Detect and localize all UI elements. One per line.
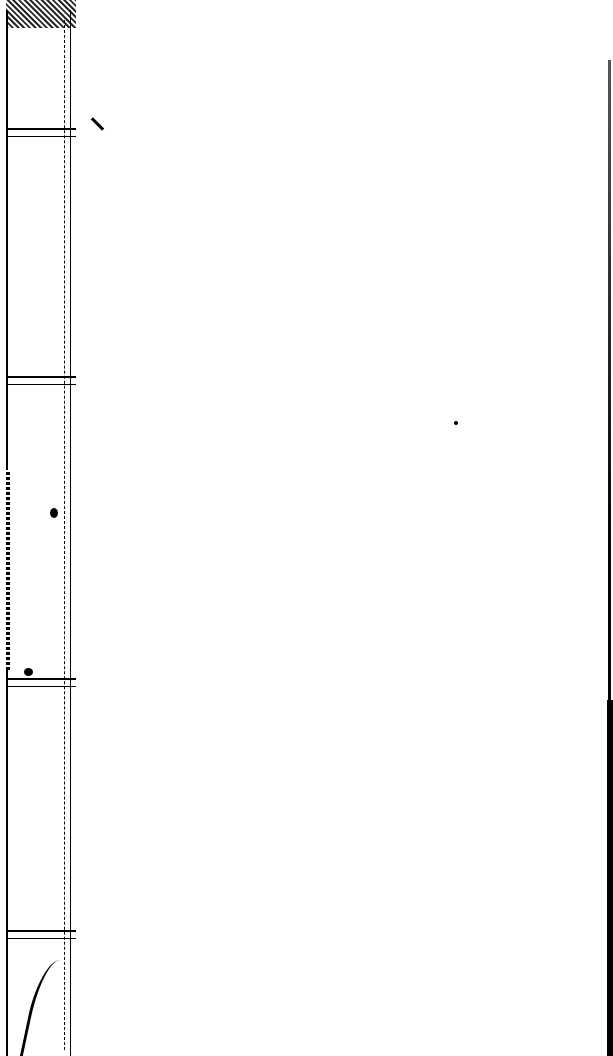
spine-shadow	[6, 470, 10, 670]
blank-book-page	[0, 0, 613, 1056]
stitch-band	[6, 376, 76, 385]
book-spine	[6, 0, 76, 1056]
stray-mark	[91, 117, 104, 130]
stitch-band	[6, 128, 76, 137]
ink-speck	[50, 508, 58, 518]
spine-inner-line	[64, 20, 66, 1050]
spine-right-edge	[70, 10, 71, 1056]
stitch-band	[6, 930, 76, 939]
ink-speck	[24, 668, 33, 676]
ink-speck	[454, 421, 458, 425]
stitch-band	[6, 678, 76, 687]
right-page-edge-shadow	[607, 700, 613, 1056]
